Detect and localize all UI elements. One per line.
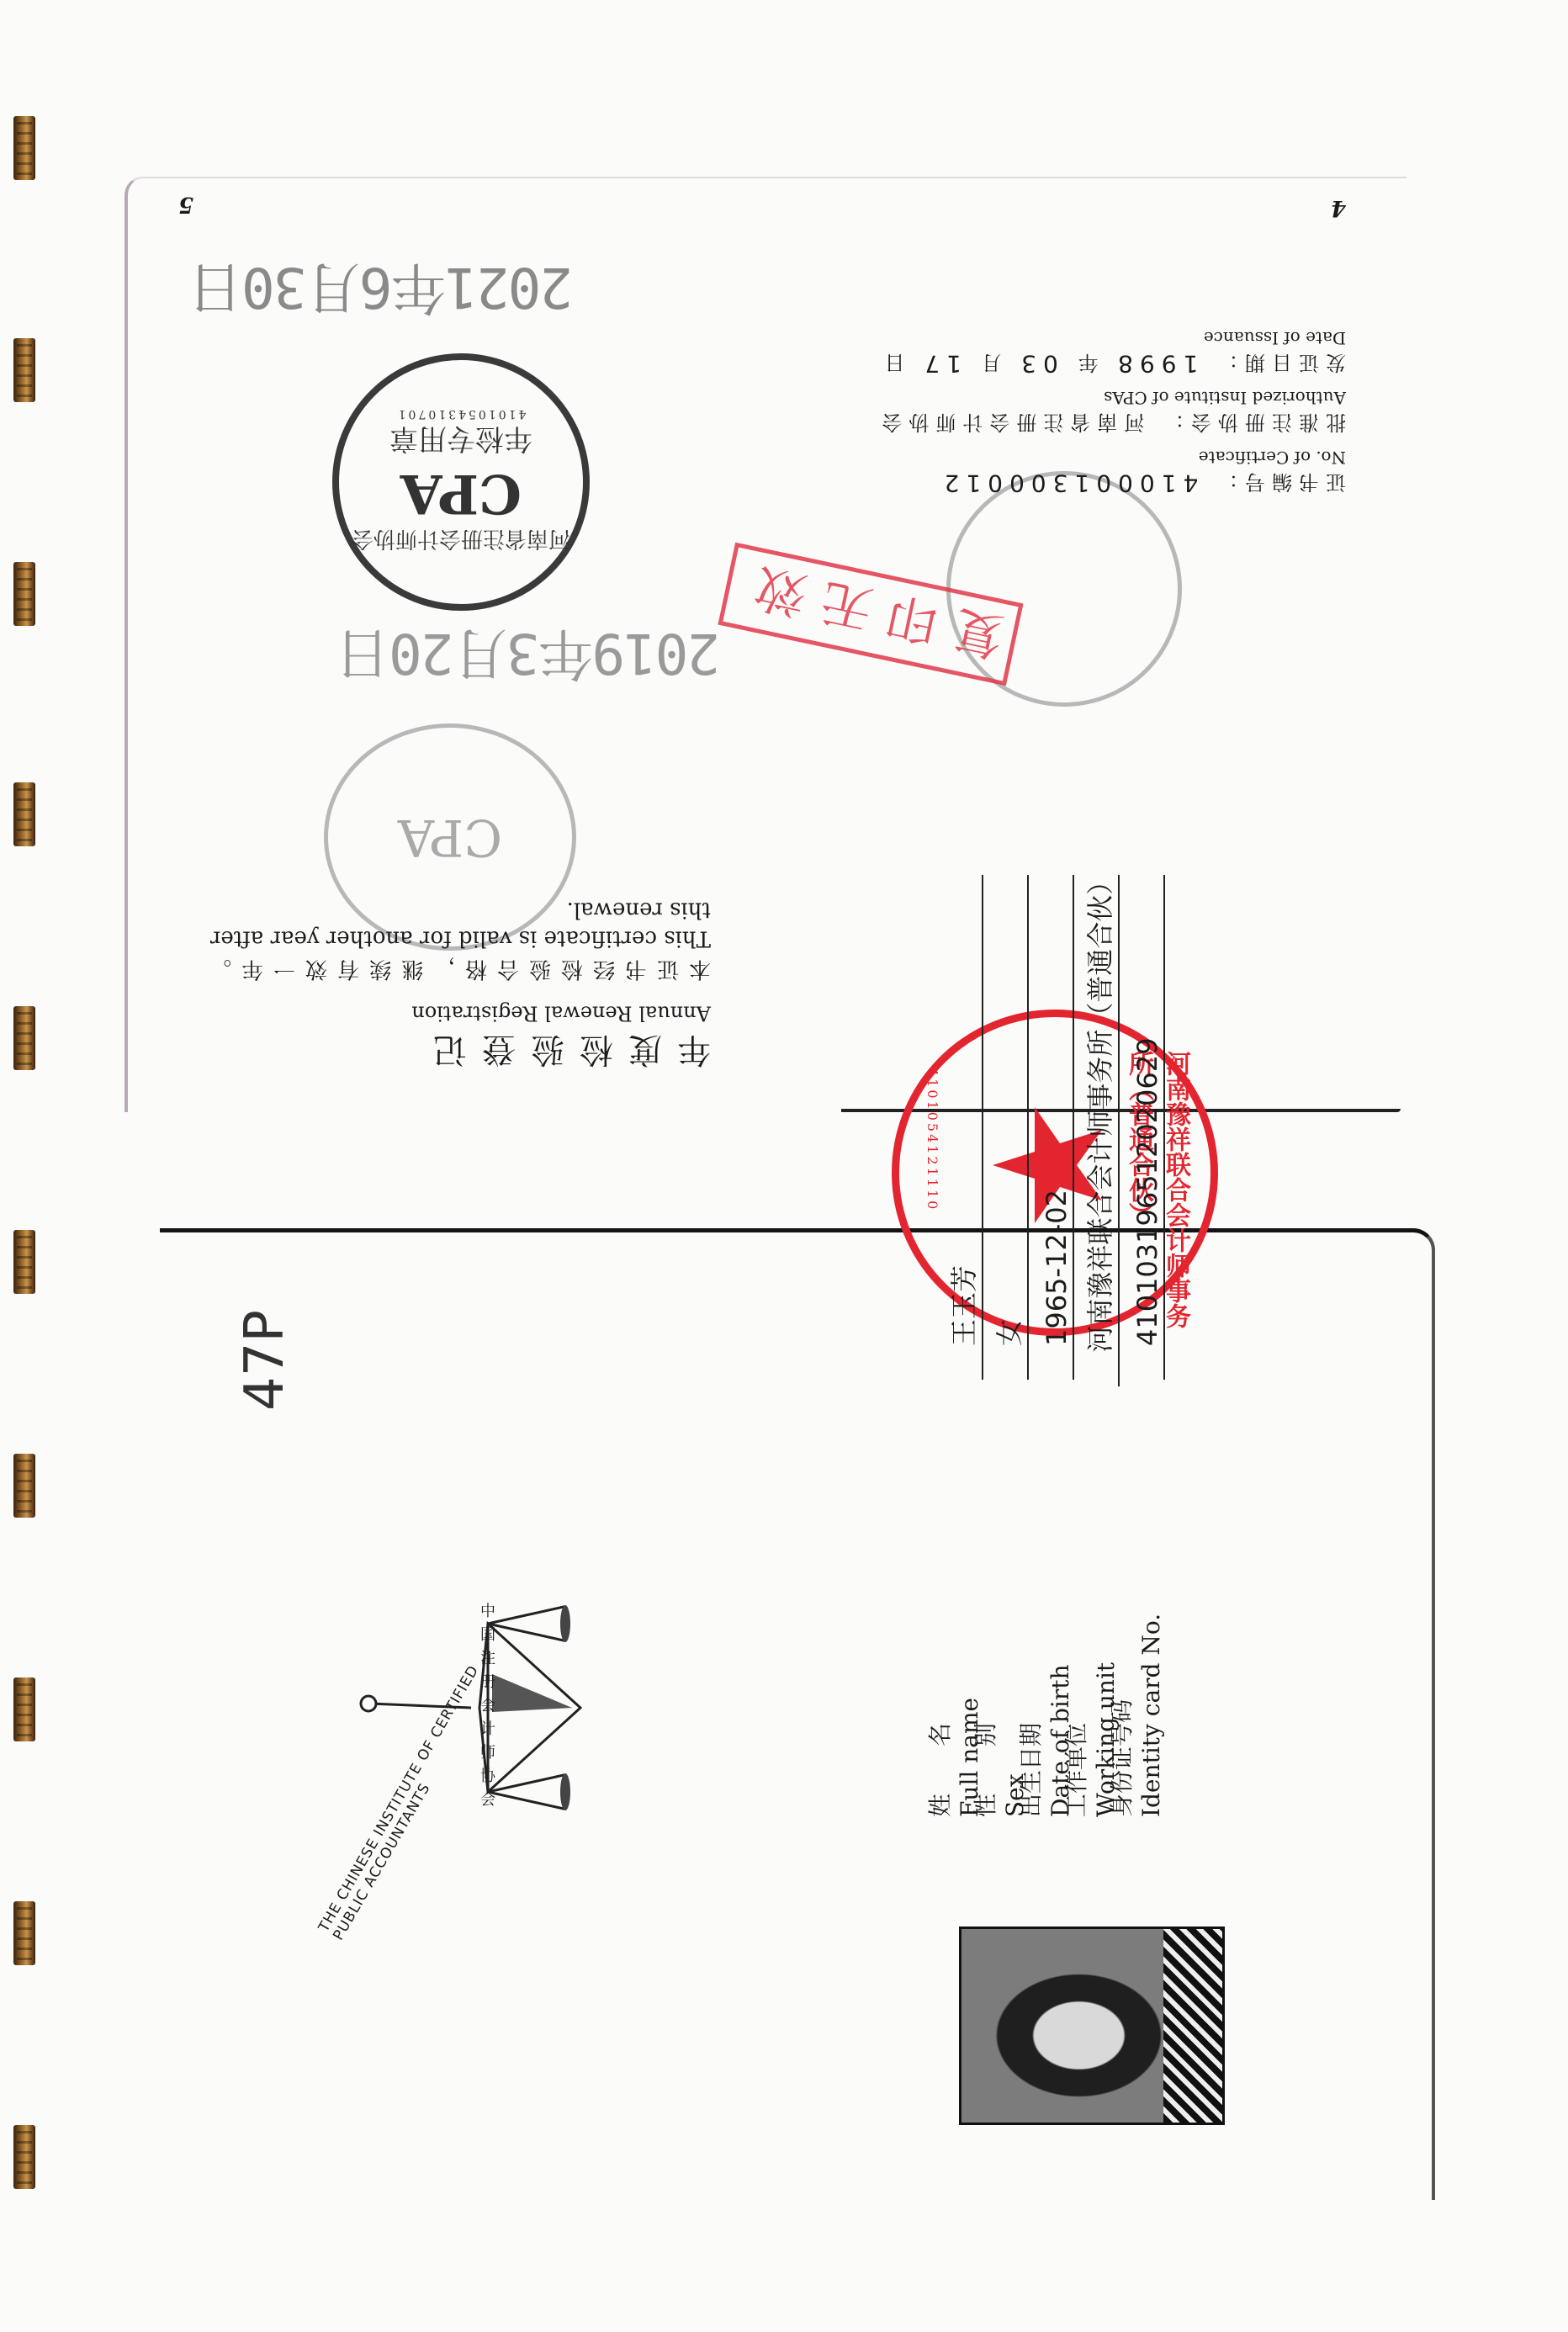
value-id-card: 410103196512020629	[1131, 875, 1165, 1380]
page-number-5: 5	[178, 192, 193, 217]
binder-tab	[13, 2125, 35, 2189]
renewal-statement-en: This certificate is valid for another ye…	[189, 895, 711, 952]
binder-tab	[13, 782, 35, 846]
issue-date-label-en: Date of Issuance	[824, 328, 1346, 348]
binder-tab	[13, 1901, 35, 1965]
value-dob: 1965-12-02	[1041, 875, 1074, 1380]
institute-name: 河南省注册会计师协会	[875, 411, 1144, 434]
holder-photo	[959, 1927, 1225, 2125]
issue-year: 1998	[1111, 350, 1198, 378]
renewal-statement-cn: 本证书经检验合格，继续有效一年。	[189, 956, 711, 987]
issuance-section: 证书编号： 410001300012 No. of Certificate 批准…	[824, 320, 1346, 499]
seal-number: 4101054310701	[396, 408, 527, 421]
binder-tab	[13, 116, 35, 180]
institute-label: 批准注册协会：	[1157, 411, 1346, 434]
renewal-title-en: Annual Renewal Registration	[189, 1002, 711, 1026]
issue-month: 03	[1014, 350, 1058, 378]
annual-inspection-seal: 河南省注册会计师协会 CPA 年检专用章 4101054310701	[332, 353, 590, 611]
value-full-name: 王玉芳	[943, 875, 983, 1380]
label-en: Identity card No.	[1137, 1614, 1165, 1817]
binder-tab	[13, 1677, 35, 1741]
issue-day: 17	[918, 350, 961, 378]
handwritten-mark: 47P	[234, 1310, 296, 1411]
issue-date-label: 发证日期：	[1211, 351, 1346, 374]
cert-no-label: 证书编号：	[1211, 470, 1346, 494]
cert-no-label-en: No. of Certificate	[824, 448, 1346, 468]
binder-tab	[13, 338, 35, 402]
field-id-card: 身份证号码Identity card No. 41010319651202062…	[1120, 875, 1165, 1817]
value-working-unit: 河南豫祥联合会计师事务所（普通合伙）	[1079, 875, 1120, 1386]
label-cn: 身份证号码	[1108, 1699, 1136, 1817]
date-stamp-2019: 2019年3月20日	[336, 618, 720, 698]
binder-tab	[13, 1006, 35, 1070]
label-cn: 姓 名	[926, 1723, 954, 1817]
institute-label-en: Authorized Institute of CPAs	[824, 388, 1346, 408]
binder-tab	[13, 1454, 35, 1518]
renewal-title-cn: 年度检验登记	[189, 1029, 711, 1077]
label-cn: 工作单位	[1062, 1723, 1090, 1817]
binder-tab	[13, 562, 35, 626]
value-sex: 女	[988, 875, 1029, 1380]
annual-renewal-section: 年度检验登记 Annual Renewal Registration 本证书经检…	[189, 892, 711, 1077]
label-cn: 出生日期	[1017, 1723, 1045, 1817]
cert-number: 410001300012	[938, 469, 1199, 497]
page-number-4: 4	[1331, 195, 1346, 220]
identity-fields: 姓 名Full name 王玉芳 性 别Sex 女 出生日期Date of bi…	[938, 875, 1165, 1817]
date-stamp-2021: 2021年6月30日	[189, 252, 573, 332]
label-cn: 性 别	[972, 1723, 999, 1817]
binder-tab	[13, 1230, 35, 1294]
seal-bottom-text: 年检专用章	[389, 421, 532, 463]
faint-seal-center: CPA	[398, 808, 502, 867]
seal-ring-text: 河南省注册会计师协会	[352, 526, 570, 557]
seal-center-text: CPA	[400, 463, 522, 526]
